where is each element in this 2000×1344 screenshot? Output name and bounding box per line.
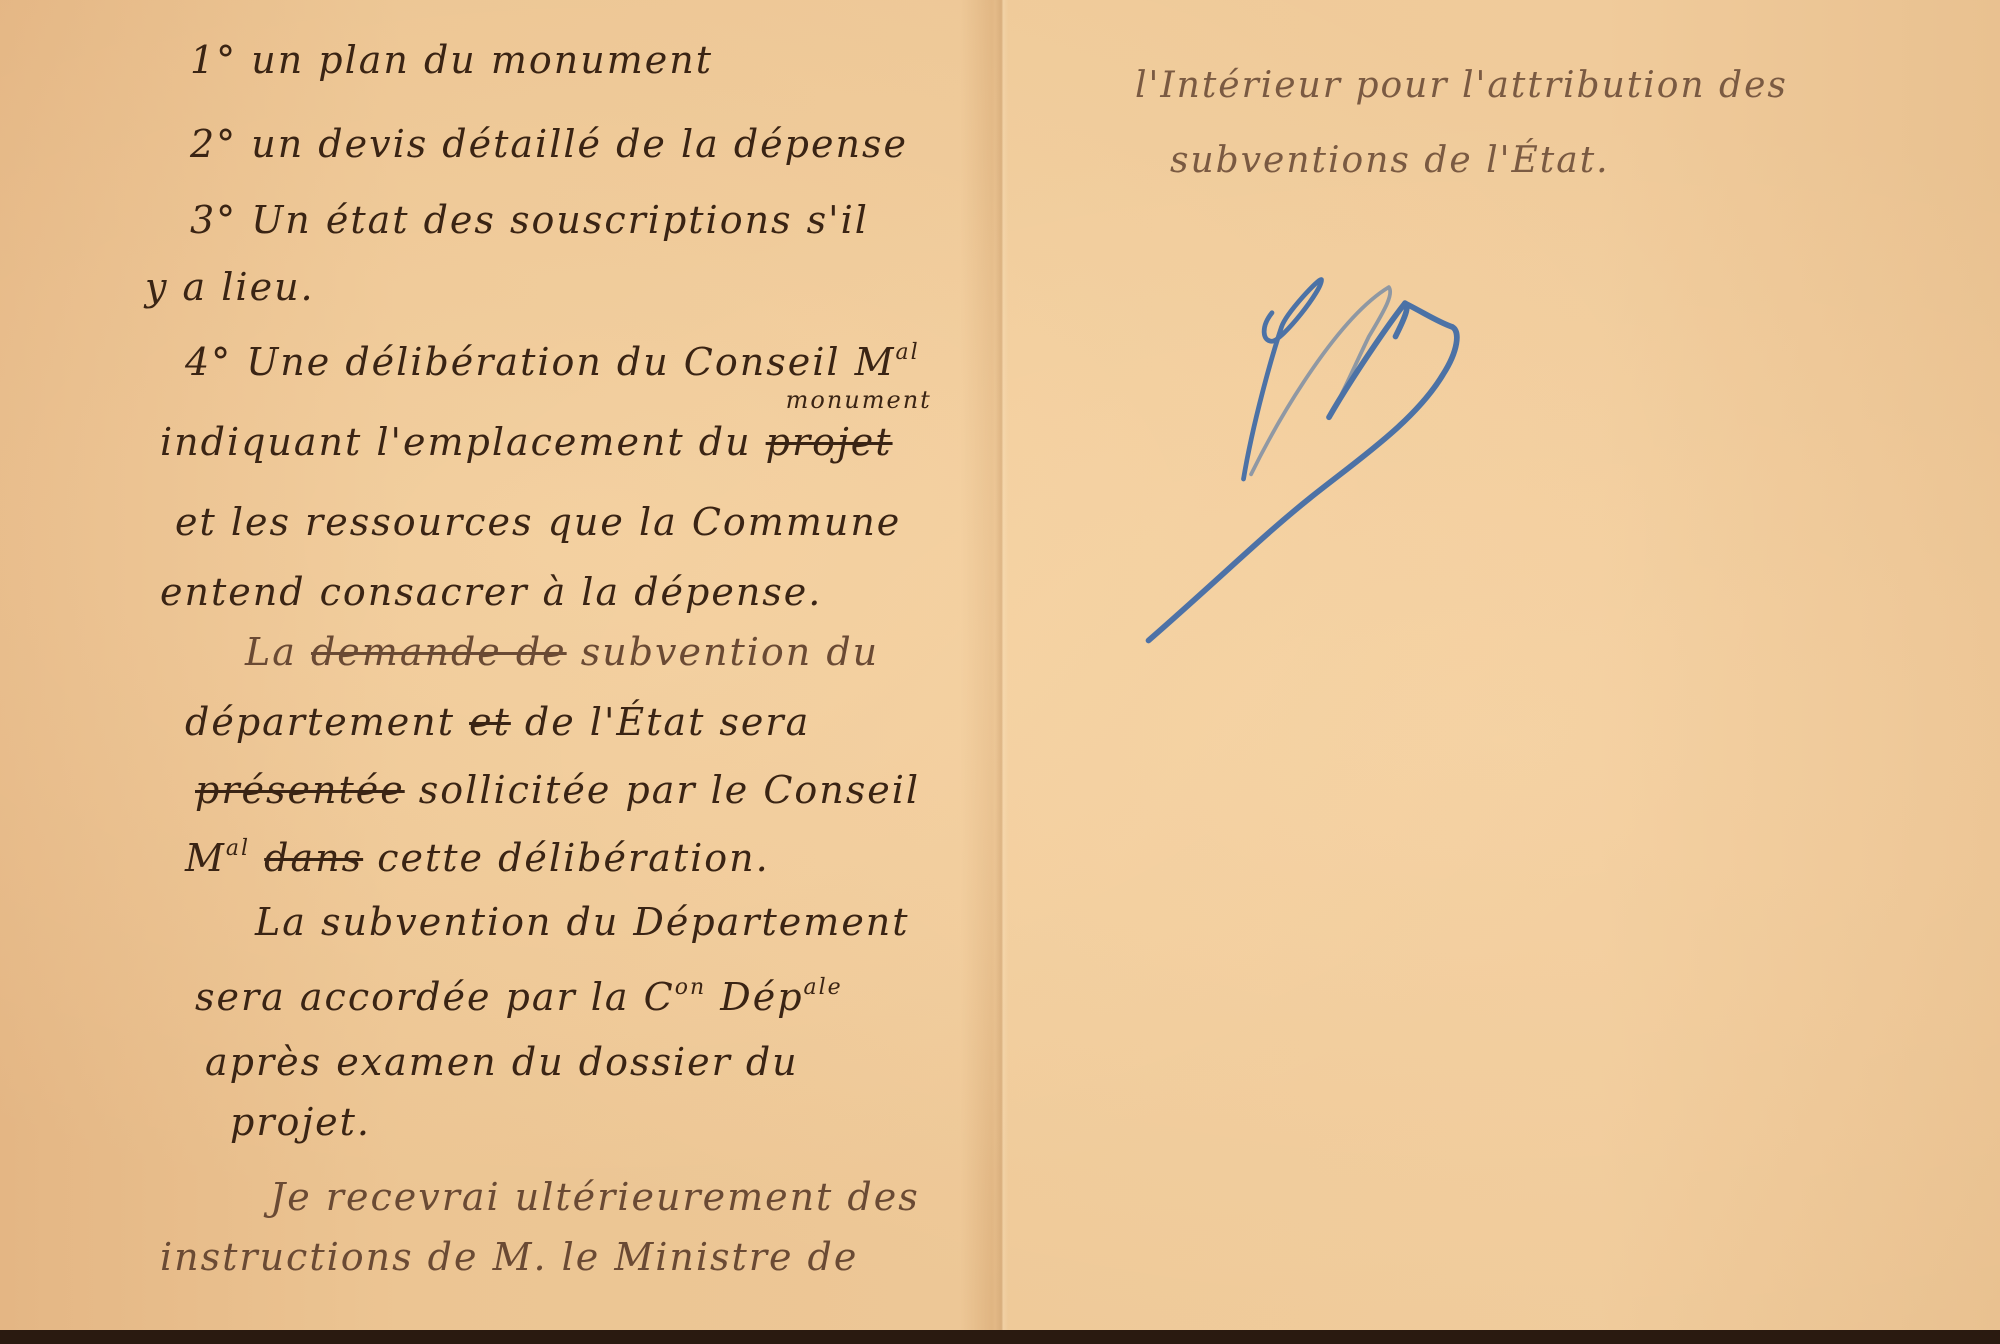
line-text: indiquant l'emplacement du xyxy=(160,420,766,464)
line-text: sollicitée par le Conseil xyxy=(405,768,920,812)
struck-word: demande de xyxy=(311,630,567,674)
text-line: projet. xyxy=(230,1100,371,1144)
line-text: subvention du xyxy=(567,630,879,674)
text-line: La demande de subvention du xyxy=(245,630,879,674)
text-line: y a lieu. xyxy=(145,265,315,309)
inserted-word: monument xyxy=(786,386,932,414)
text-line: après examen du dossier du xyxy=(205,1040,799,1084)
text-line: 1° un plan du monument xyxy=(190,38,713,82)
struck-word: et xyxy=(469,700,511,744)
text-line: présentée sollicitée par le Conseil xyxy=(195,768,920,812)
line-text: M xyxy=(185,836,226,880)
struck-word: projet xyxy=(766,420,893,464)
manuscript-spread: 1° un plan du monument 2° un devis détai… xyxy=(0,0,2000,1344)
superscript: on xyxy=(675,975,706,1000)
left-page: 1° un plan du monument 2° un devis détai… xyxy=(0,0,995,1330)
struck-word: dans xyxy=(264,836,363,880)
struck-word: présentée xyxy=(195,768,405,812)
text-line: 4° Une délibération du Conseil Mal xyxy=(185,340,920,384)
text-line: l'Intérieur pour l'attribution des xyxy=(1135,65,1788,106)
text-line: département et de l'État sera xyxy=(185,700,810,744)
right-page: l'Intérieur pour l'attribution des subve… xyxy=(1010,0,2000,1330)
line-text: sera accordée par la C xyxy=(195,975,675,1019)
blue-pencil-paraph-icon xyxy=(1120,260,1500,660)
page-fold xyxy=(995,0,1009,1330)
line-text: de l'État sera xyxy=(511,700,810,744)
text-line: Je recevrai ultérieurement des xyxy=(270,1175,920,1219)
text-line: instructions de M. le Ministre de xyxy=(160,1235,858,1279)
line-text: 4° Une délibération du Conseil M xyxy=(185,340,896,384)
text-line: subventions de l'État. xyxy=(1170,140,1610,181)
text-line: indiquant l'emplacement du projet monume… xyxy=(160,420,893,464)
line-text: département xyxy=(185,700,469,744)
superscript: ale xyxy=(804,975,843,1000)
text-line: et les ressources que la Commune xyxy=(175,500,901,544)
page-bottom-edge xyxy=(0,1330,2000,1344)
text-line: entend consacrer à la dépense. xyxy=(160,570,822,614)
line-text: Dép xyxy=(706,975,803,1019)
line-text: cette délibération. xyxy=(363,836,770,880)
superscript: al xyxy=(226,836,250,861)
text-line: sera accordée par la Con Dépale xyxy=(195,975,843,1019)
text-line: 2° un devis détaillé de la dépense xyxy=(190,122,908,166)
text-line: Mal dans cette délibération. xyxy=(185,836,770,880)
superscript: al xyxy=(896,340,920,365)
line-text: La xyxy=(245,630,311,674)
text-line: 3° Un état des souscriptions s'il xyxy=(190,198,869,242)
text-line: La subvention du Département xyxy=(255,900,910,944)
